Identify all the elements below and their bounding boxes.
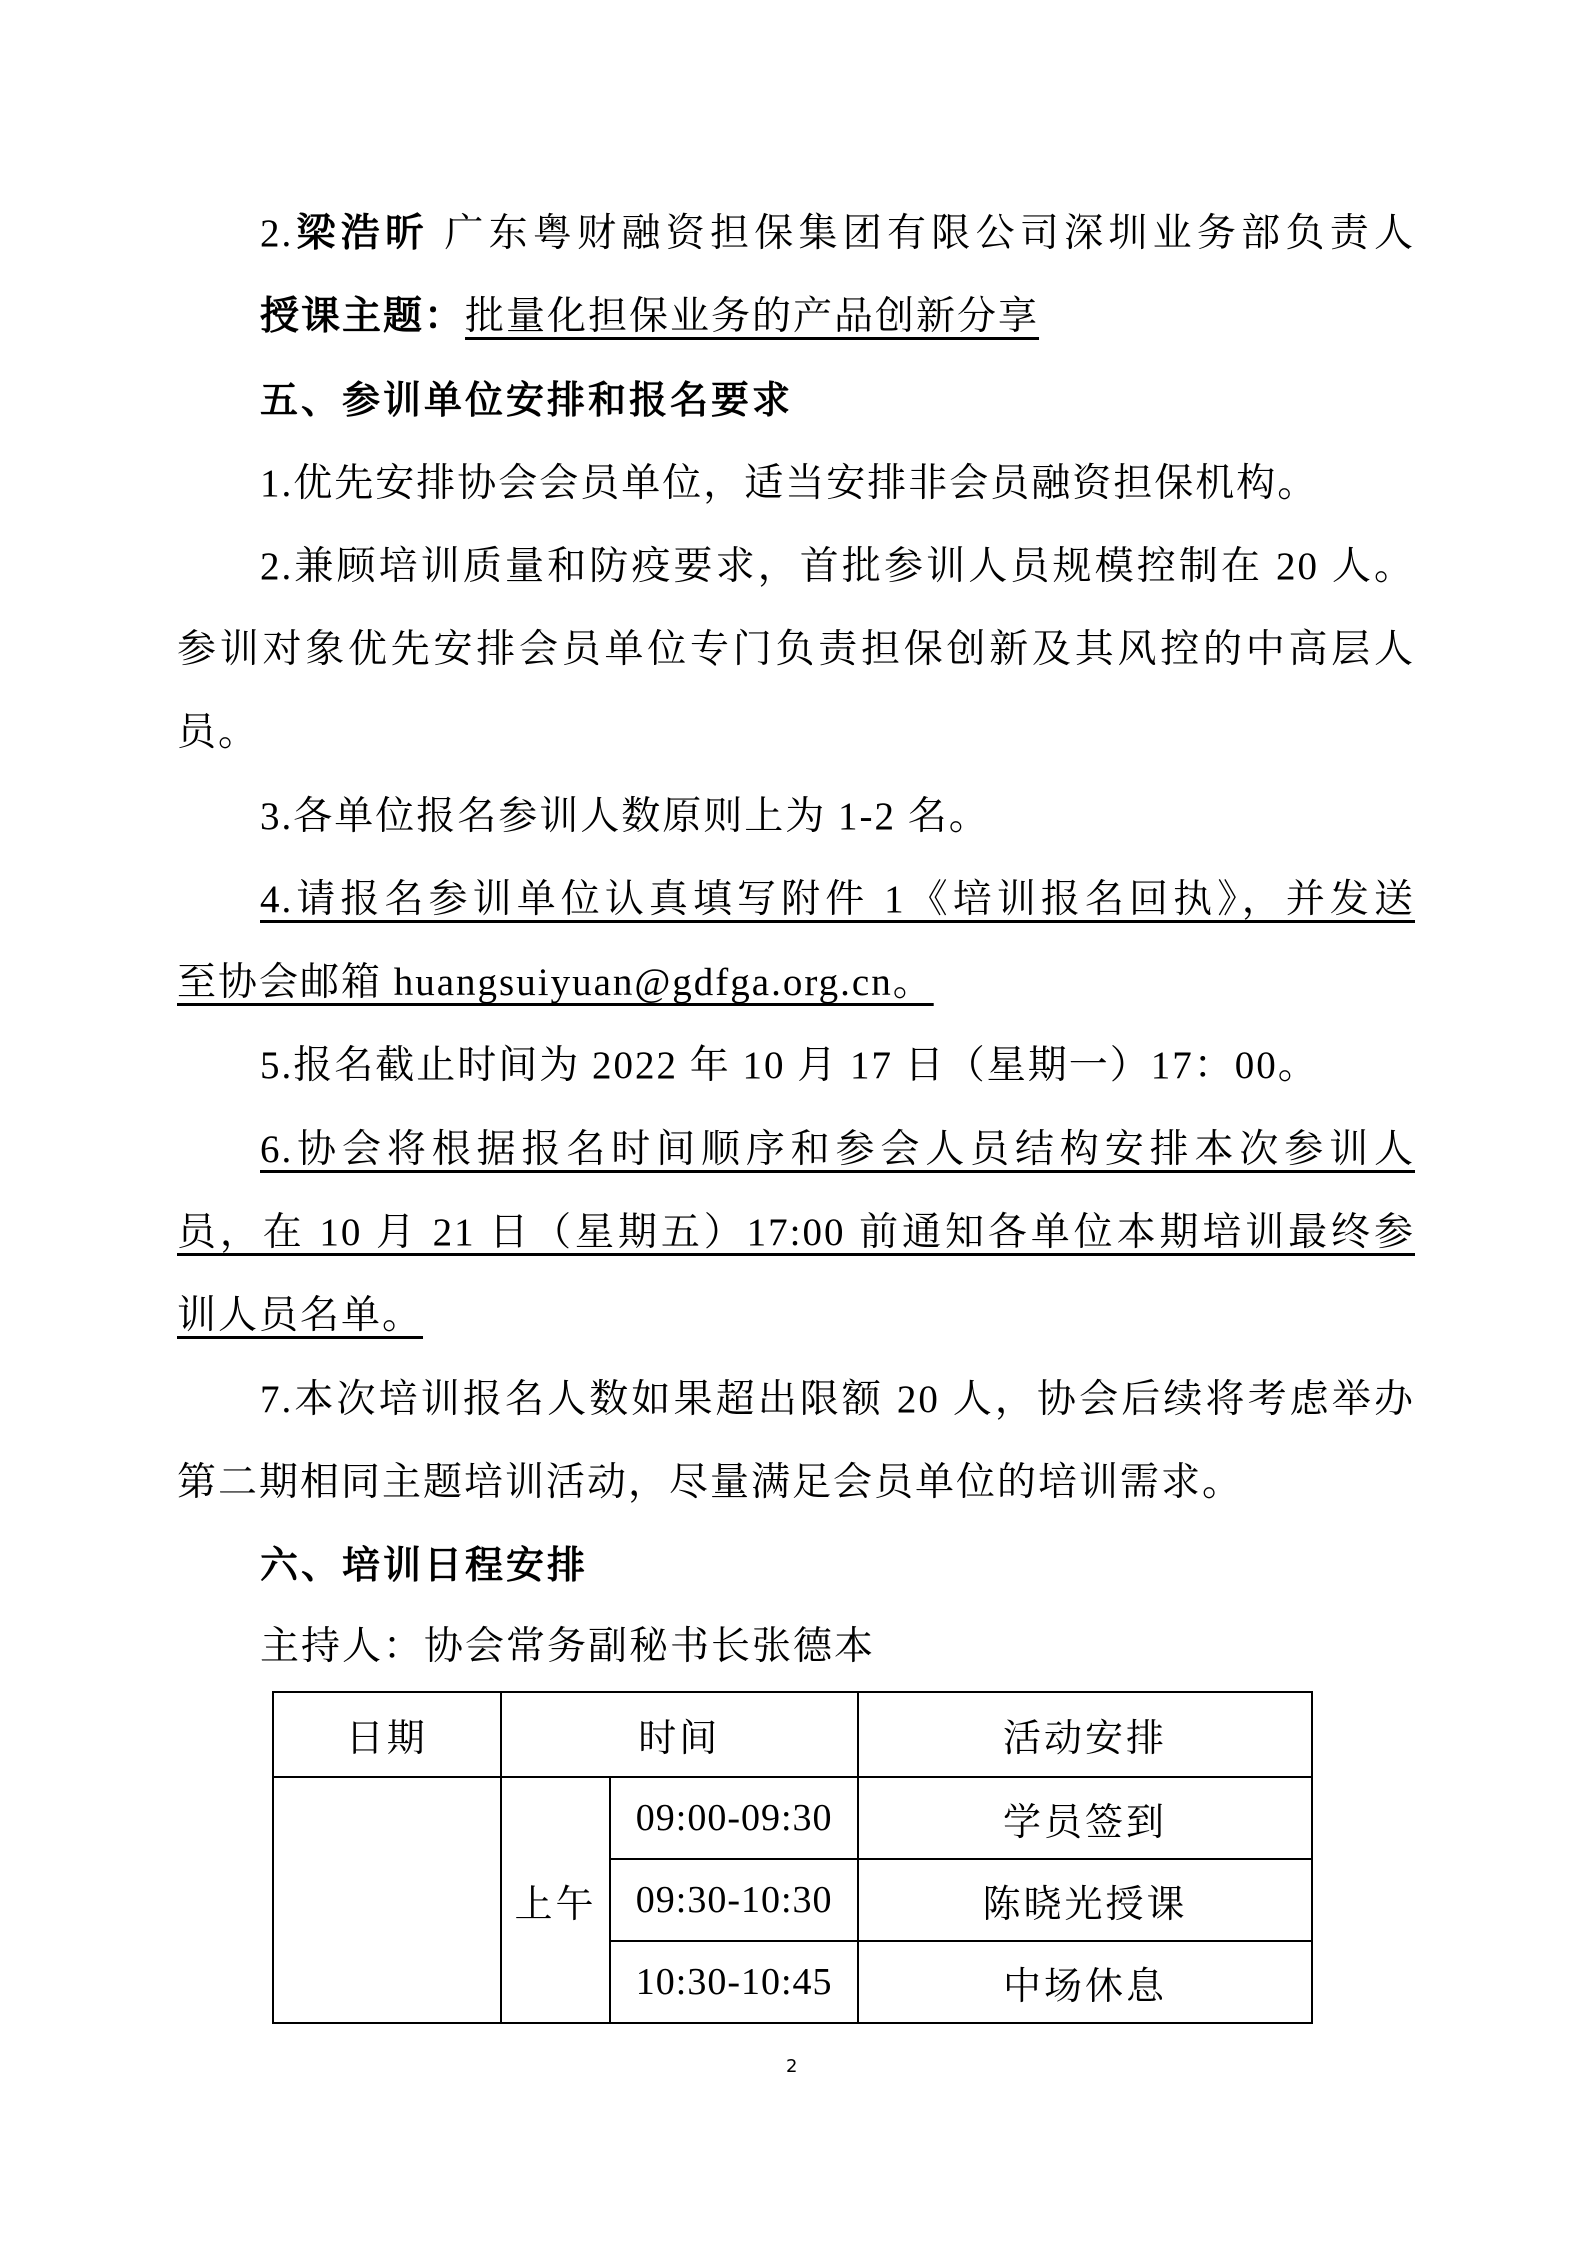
registration-email-text: 至协会邮箱 huangsuiyuan@gdfga.org.cn。 bbox=[177, 961, 934, 1004]
section-6-heading: 六、培训日程安排 bbox=[260, 1535, 588, 1595]
list-item-7-line-1: 7.本次培训报名人数如果超出限额 20 人，协会后续将考虑举办 bbox=[260, 1370, 1415, 1430]
speaker-line: 2.梁浩昕 广东粤财融资担保集团有限公司深圳业务部负责人 bbox=[260, 204, 1415, 264]
list-item-1: 1.优先安排协会会员单位，适当安排非会员融资担保机构。 bbox=[260, 454, 1318, 514]
period-cell: 上午 bbox=[501, 1777, 611, 2023]
table-header-row: 日期 时间 活动安排 bbox=[273, 1692, 1312, 1777]
list-item-3: 3.各单位报名参训人数原则上为 1-2 名。 bbox=[260, 787, 990, 847]
activity-cell: 陈晓光授课 bbox=[858, 1859, 1312, 1941]
list-item-4-line-2: 至协会邮箱 huangsuiyuan@gdfga.org.cn。 bbox=[177, 953, 934, 1013]
list-item-6-line-1: 6.协会将根据报名时间顺序和参会人员结构安排本次参训人 bbox=[260, 1120, 1415, 1180]
header-time: 时间 bbox=[501, 1692, 858, 1777]
header-activity: 活动安排 bbox=[858, 1692, 1312, 1777]
table-row: 上午 09:00-09:30 学员签到 bbox=[273, 1777, 1312, 1859]
list-item-6-line-3-text: 训人员名单。 bbox=[177, 1294, 423, 1337]
topic-label: 授课主题： bbox=[260, 295, 465, 338]
list-item-7-line-2: 第二期相同主题培训活动，尽量满足会员单位的培训需求。 bbox=[177, 1453, 1243, 1513]
speaker-number: 2. bbox=[260, 212, 293, 255]
topic-line: 授课主题：批量化担保业务的产品创新分享 bbox=[260, 287, 1039, 347]
list-item-4-line-1: 4.请报名参训单位认真填写附件 1《培训报名回执》，并发送 bbox=[260, 870, 1415, 930]
time-cell: 10:30-10:45 bbox=[610, 1941, 858, 2023]
list-item-2-line-2: 参训对象优先安排会员单位专门负责担保创新及其风控的中高层人 bbox=[177, 620, 1415, 680]
list-item-6-line-3: 训人员名单。 bbox=[177, 1286, 423, 1346]
list-item-6-line-2: 员，在 10 月 21 日（星期五）17:00 前通知各单位本期培训最终参 bbox=[177, 1203, 1415, 1263]
speaker-title: 广东粤财融资担保集团有限公司深圳业务部负责人 bbox=[444, 212, 1415, 255]
activity-cell: 学员签到 bbox=[858, 1777, 1312, 1859]
section-5-heading: 五、参训单位安排和报名要求 bbox=[260, 370, 793, 430]
host-line: 主持人：协会常务副秘书长张德本 bbox=[260, 1617, 875, 1677]
list-item-2-line-1: 2.兼顾培训质量和防疫要求，首批参训人员规模控制在 20 人。 bbox=[260, 537, 1415, 597]
activity-cell: 中场休息 bbox=[858, 1941, 1312, 2023]
time-cell: 09:00-09:30 bbox=[610, 1777, 858, 1859]
speaker-name: 梁浩昕 bbox=[293, 212, 429, 255]
schedule-table: 日期 时间 活动安排 上午 09:00-09:30 学员签到 09:30-10:… bbox=[272, 1691, 1313, 2024]
time-cell: 09:30-10:30 bbox=[610, 1859, 858, 1941]
list-item-5: 5.报名截止时间为 2022 年 10 月 17 日（星期一）17：00。 bbox=[260, 1036, 1319, 1096]
page-number: 2 bbox=[786, 2056, 797, 2077]
header-date: 日期 bbox=[273, 1692, 501, 1777]
list-item-2-line-3: 员。 bbox=[177, 703, 259, 763]
date-cell bbox=[273, 1777, 501, 2023]
topic-text: 批量化担保业务的产品创新分享 bbox=[465, 295, 1039, 338]
